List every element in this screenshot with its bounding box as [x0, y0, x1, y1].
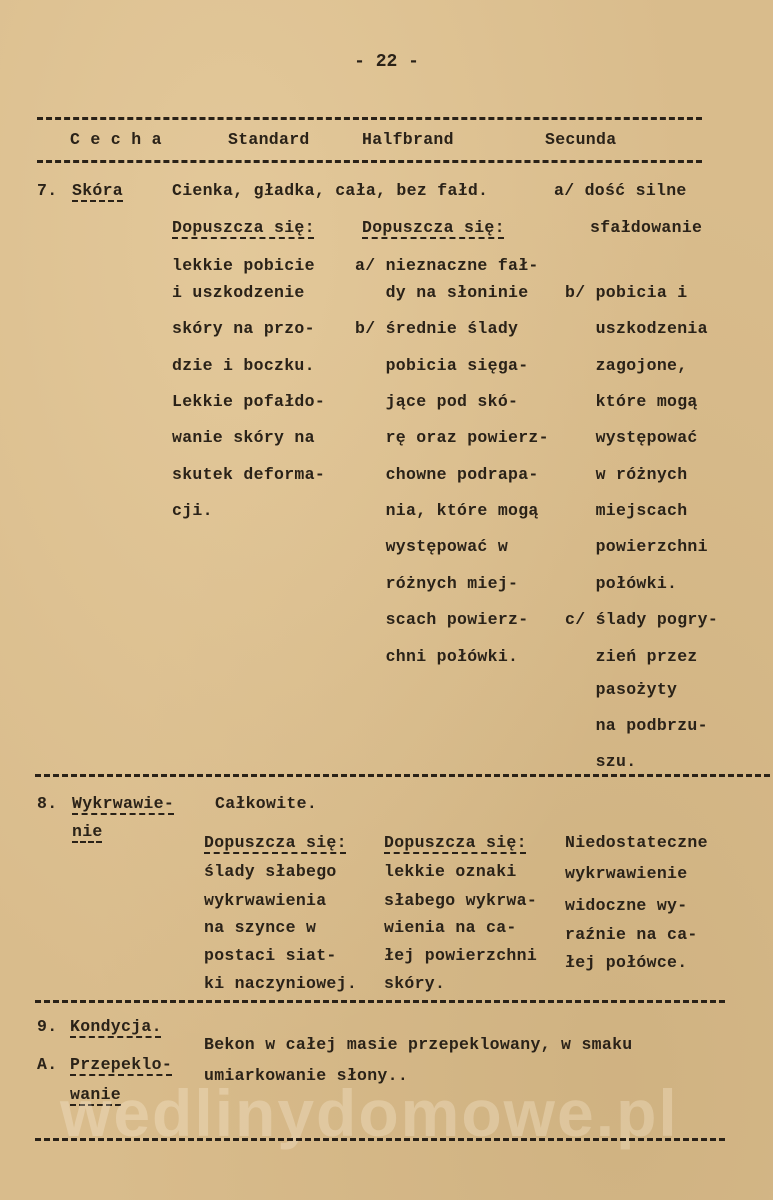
row8-feature-line1: Wykrwawie- — [72, 794, 174, 814]
row7-feature: Skóra — [72, 181, 123, 201]
text-line: Niedostateczne — [565, 833, 708, 853]
text-line: szu. — [565, 752, 636, 772]
header-top-rule — [37, 117, 702, 120]
row7-halfbrand-allowed: Dopuszcza się: — [362, 218, 505, 238]
header-standard: Standard — [228, 130, 310, 150]
text-line: dy na słoninie — [355, 283, 528, 303]
row7-standard-allowed: Dopuszcza się: — [172, 218, 315, 238]
text-line: skóry. — [384, 974, 445, 994]
row8-feature-line2: nie — [72, 822, 103, 842]
text-line: na szynce w — [204, 918, 316, 938]
row8-common: Całkowite. — [215, 794, 317, 814]
row7-secunda-a-head: a/ dość silne — [554, 181, 687, 201]
text-line: nia, które mogą — [355, 501, 539, 521]
text-line: cji. — [172, 501, 213, 521]
header-halfbrand: Halfbrand — [362, 130, 454, 150]
text-line: scach powierz- — [355, 610, 528, 630]
row8-number: 8. — [37, 794, 57, 814]
bottom-rule — [35, 1138, 725, 1141]
row7-secunda-a-cont: sfałdowanie — [590, 218, 702, 238]
text-line: łej połówce. — [565, 953, 687, 973]
text-line: chowne podrapa- — [355, 465, 539, 485]
row9a-text-line1: Bekon w całej masie przepeklowany, w sma… — [204, 1035, 632, 1055]
text-line: występować w — [355, 537, 508, 557]
text-line: które mogą — [565, 392, 698, 412]
text-line: skutek deforma- — [172, 465, 325, 485]
text-line: raźnie na ca- — [565, 925, 698, 945]
row9a-feature-line1: Przepeklo- — [70, 1055, 172, 1075]
text-line: a/ nieznaczne fał- — [355, 256, 539, 276]
text-line: i uszkodzenie — [172, 283, 305, 303]
row9-number: 9. — [37, 1017, 57, 1037]
text-line: ślady słabego — [204, 862, 337, 882]
text-line: ki naczyniowej. — [204, 974, 357, 994]
text-line: lekkie oznaki — [384, 862, 517, 882]
text-line: lekkie pobicie — [172, 256, 315, 276]
text-line: Lekkie pofałdo- — [172, 392, 325, 412]
text-line: pasożyty — [565, 680, 677, 700]
text-line: b/ średnie ślady — [355, 319, 518, 339]
text-line: występować — [565, 428, 698, 448]
row7-bottom-rule — [35, 774, 770, 777]
header-cecha: C e c h a — [70, 130, 162, 150]
page-number: - 22 - — [0, 52, 773, 72]
text-line: c/ ślady pogry- — [565, 610, 718, 630]
text-line: chni połówki. — [355, 647, 518, 667]
text-line: wanie skóry na — [172, 428, 315, 448]
row9-feature: Kondycja. — [70, 1017, 162, 1037]
row8-halfbrand-allowed: Dopuszcza się: — [384, 833, 527, 853]
row7-number: 7. — [37, 181, 57, 201]
text-line: słabego wykrwa- — [384, 891, 537, 911]
row8-bottom-rule — [35, 1000, 725, 1003]
text-line: postaci siat- — [204, 946, 337, 966]
text-line: połówki. — [565, 574, 677, 594]
row8-standard-allowed: Dopuszcza się: — [204, 833, 347, 853]
text-line: wykrwawienia — [204, 891, 326, 911]
text-line: uszkodzenia — [565, 319, 708, 339]
text-line: zień przez — [565, 647, 698, 667]
text-line: rę oraz powierz- — [355, 428, 549, 448]
text-line: powierzchni — [565, 537, 708, 557]
row9a-letter: A. — [37, 1055, 57, 1075]
text-line: zagojone, — [565, 356, 687, 376]
text-line: dzie i boczku. — [172, 356, 315, 376]
text-line: łej powierzchni — [384, 946, 537, 966]
header-secunda: Secunda — [545, 130, 616, 150]
text-line: wykrwawienie — [565, 864, 687, 884]
text-line: widoczne wy- — [565, 896, 687, 916]
text-line: wienia na ca- — [384, 918, 517, 938]
row7-common: Cienka, gładka, cała, bez fałd. — [172, 181, 488, 201]
text-line: w różnych — [565, 465, 687, 485]
text-line: b/ pobicia i — [565, 283, 687, 303]
text-line: jące pod skó- — [355, 392, 518, 412]
text-line: pobicia sięga- — [355, 356, 528, 376]
text-line: różnych miej- — [355, 574, 518, 594]
text-line: na podbrzu- — [565, 716, 708, 736]
text-line: skóry na przo- — [172, 319, 315, 339]
text-line: miejscach — [565, 501, 687, 521]
header-bottom-rule — [37, 160, 702, 163]
